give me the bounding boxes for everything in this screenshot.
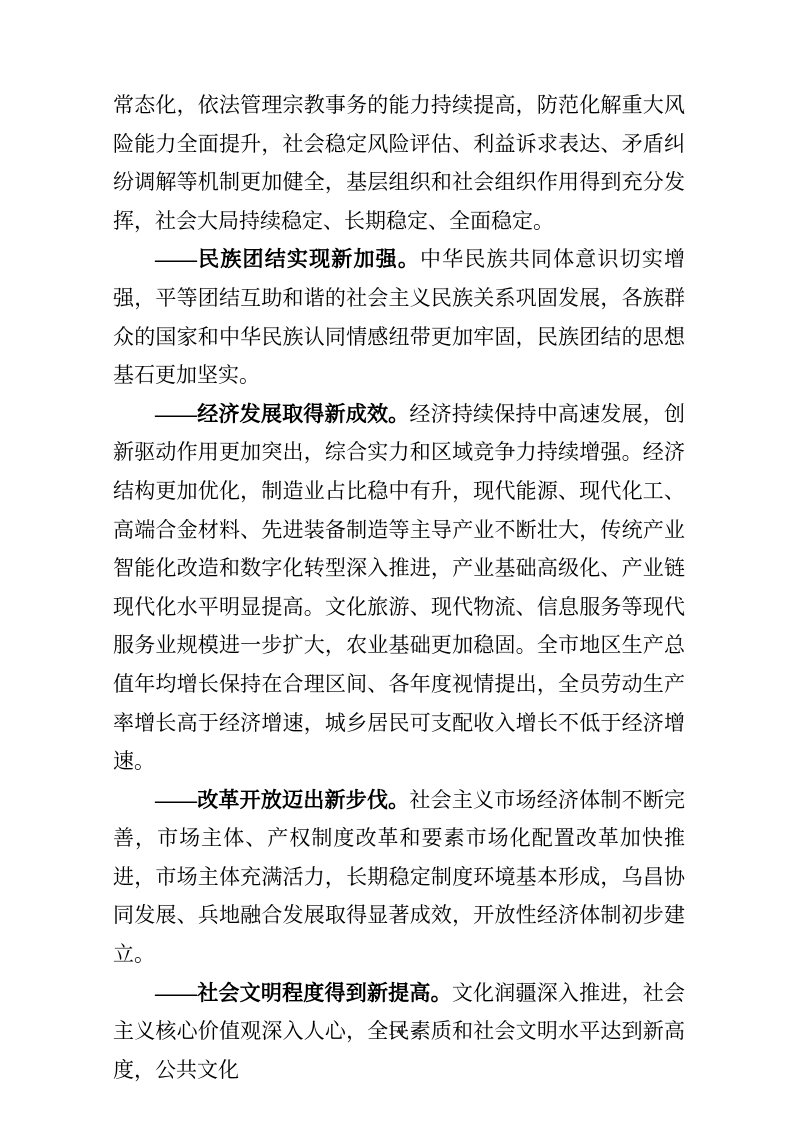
page-content: 常态化，依法管理宗教事务的能力持续提高，防范化解重大风险能力全面提升，社会稳定风… [113,86,685,1089]
paragraph-text: 社会主义市场经济体制不断完善，市场主体、产权制度改革和要素市场化配置改革加快推进… [113,788,685,966]
page-number: - 14 - [0,1022,793,1040]
paragraph-text: 常态化，依法管理宗教事务的能力持续提高，防范化解重大风险能力全面提升，社会稳定风… [113,93,685,233]
paragraph-text: 经济持续保持中高速发展，创新驱动作用更加突出，综合实力和区域竞争力持续增强。经济… [113,402,685,773]
paragraph: ——民族团结实现新加强。中华民族共同体意识切实增强，平等团结互助和谐的社会主义民… [113,240,685,394]
paragraph-lead: ——经济发展取得新成效。 [155,402,409,426]
paragraph: ——改革开放迈出新步伐。社会主义市场经济体制不断完善，市场主体、产权制度改革和要… [113,781,685,974]
paragraph-lead: ——改革开放迈出新步伐。 [155,788,409,812]
document-page: 常态化，依法管理宗教事务的能力持续提高，防范化解重大风险能力全面提升，社会稳定风… [0,0,793,1122]
paragraph-lead: ——民族团结实现新加强。 [155,247,420,271]
paragraph-lead: ——社会文明程度得到新提高。 [155,981,452,1005]
paragraph: ——经济发展取得新成效。经济持续保持中高速发展，创新驱动作用更加突出，综合实力和… [113,395,685,781]
paragraph: 常态化，依法管理宗教事务的能力持续提高，防范化解重大风险能力全面提升，社会稳定风… [113,86,685,240]
